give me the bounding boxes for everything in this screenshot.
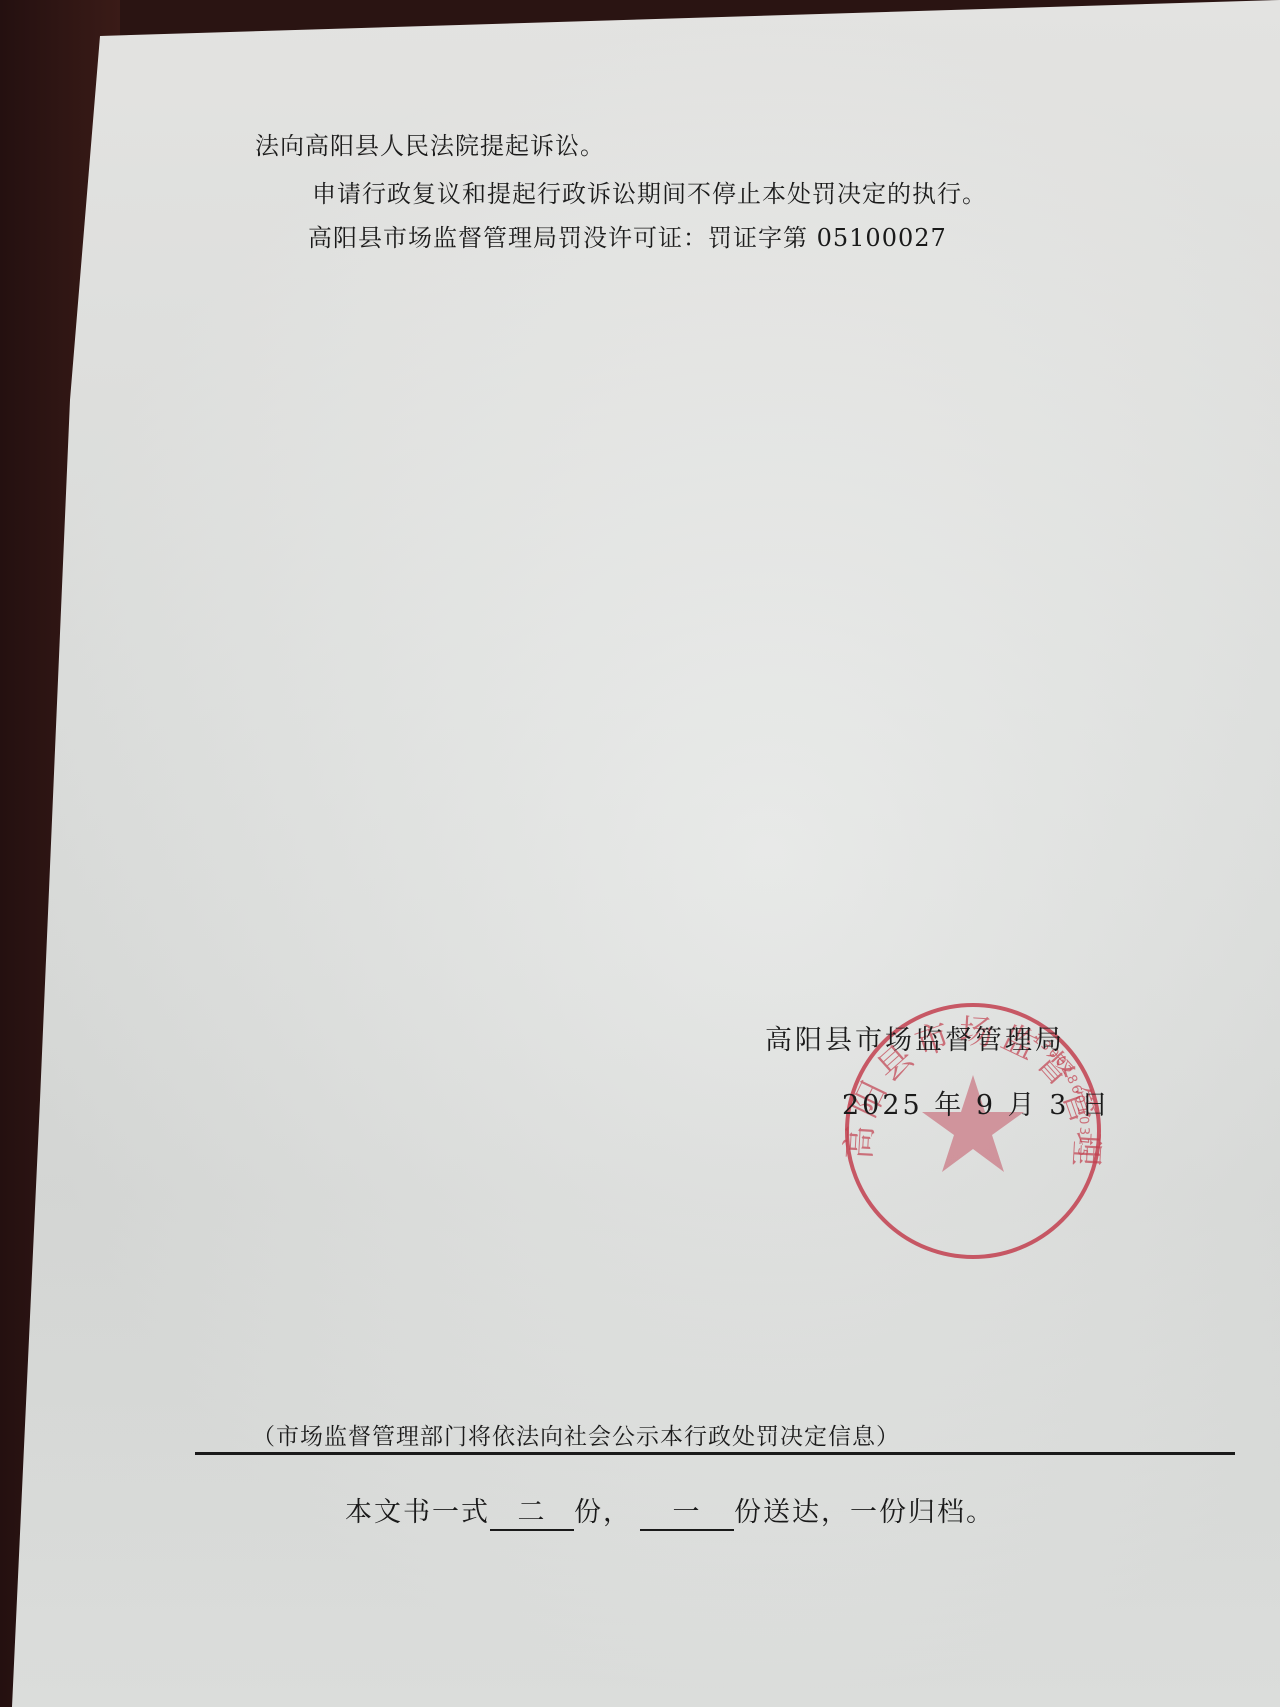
paragraph-litigation: 法向高阳县人民法院提起诉讼。 — [255, 126, 605, 161]
copies-delivered: 一 — [640, 1490, 734, 1531]
divider-line — [195, 1452, 1235, 1455]
copies-mid: 份， — [574, 1497, 632, 1528]
issuer-name: 高阳县市场监督管理局 — [765, 1018, 1065, 1057]
copies-total: 二 — [490, 1490, 574, 1531]
copies-statement: 本文书一式二份，一份送达，一份归档。 — [345, 1490, 995, 1531]
paragraph-license: 高阳县市场监督管理局罚没许可证：罚证字第 05100027 — [308, 218, 947, 253]
paragraph-execution: 申请行政复议和提起行政诉讼期间不停止本处罚决定的执行。 — [312, 174, 987, 209]
copies-prefix: 本文书一式 — [345, 1497, 490, 1528]
publicity-notice: （市场监督管理部门将依法向社会公示本行政处罚决定信息） — [252, 1418, 900, 1451]
copies-suffix: 份送达，一份归档。 — [734, 1497, 995, 1528]
issue-date: 2025 年 9 月 3 日 — [842, 1083, 1111, 1122]
